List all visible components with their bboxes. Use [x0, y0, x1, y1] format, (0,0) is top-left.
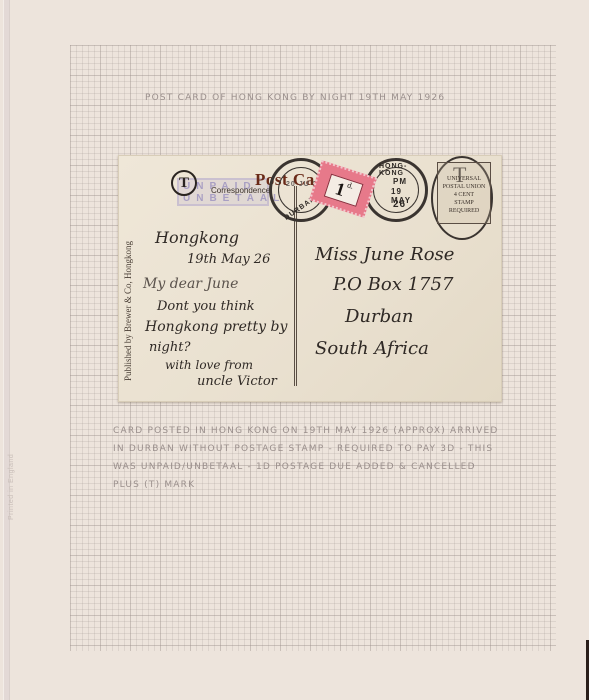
- annotation-line: in Durban without postage stamp - requir…: [113, 440, 533, 458]
- publisher-imprint: Published by Brewer & Co, Hongkong: [123, 241, 133, 381]
- title-note: Post card of Hong Kong by night 19th May…: [145, 93, 445, 103]
- correspondence-label: Correspondence: [211, 186, 270, 195]
- address-country: South Africa: [315, 338, 429, 359]
- upu-line: STAMP: [438, 199, 490, 207]
- annotation-line: plus (T) mark: [113, 476, 533, 494]
- upu-stamp-box: UNIVERSAL POSTAL UNION 4 CENT STAMP REQU…: [437, 162, 491, 224]
- album-page: Printed in England Post card of Hong Kon…: [0, 0, 589, 700]
- message-greeting: My dear June: [143, 276, 238, 292]
- due-value: 1: [333, 178, 348, 200]
- upu-line: UNIVERSAL: [438, 175, 490, 183]
- annotation-note: Card posted in Hong Kong on 19th May 192…: [113, 422, 533, 494]
- postcard: Published by Brewer & Co, Hongkong UNPAI…: [118, 155, 502, 402]
- t-mark-circle: T: [171, 170, 197, 196]
- hk-postmark-town: HONG-KONG: [379, 163, 425, 177]
- message-line: Hongkong pretty by: [145, 319, 287, 335]
- binding-strip: [3, 0, 10, 700]
- address-city: Durban: [345, 306, 413, 327]
- message-line: night?: [149, 340, 190, 355]
- address-name: Miss June Rose: [315, 244, 454, 265]
- message-date: 19th May 26: [187, 252, 270, 267]
- upu-line: POSTAL UNION: [438, 183, 490, 191]
- message-line: Dont you think: [157, 299, 255, 314]
- annotation-line: Card posted in Hong Kong on 19th May 192…: [113, 422, 533, 440]
- hk-postmark-year: 26: [393, 199, 406, 210]
- address-box: P.O Box 1757: [333, 274, 453, 295]
- annotation-line: was unpaid/unbetaal - 1d postage due add…: [113, 458, 533, 476]
- message-place: Hongkong: [155, 228, 239, 247]
- message-line: with love from: [165, 358, 253, 372]
- upu-line: 4 CENT: [438, 191, 490, 199]
- hongkong-postmark: HONG-KONG PM 19 MAY 26: [364, 158, 428, 222]
- message-signature: uncle Victor: [197, 374, 277, 389]
- hk-postmark-time: PM: [393, 177, 407, 186]
- due-unit: d.: [346, 180, 354, 190]
- margin-imprint: Printed in England: [8, 454, 15, 520]
- upu-line: REQUIRED: [438, 207, 490, 215]
